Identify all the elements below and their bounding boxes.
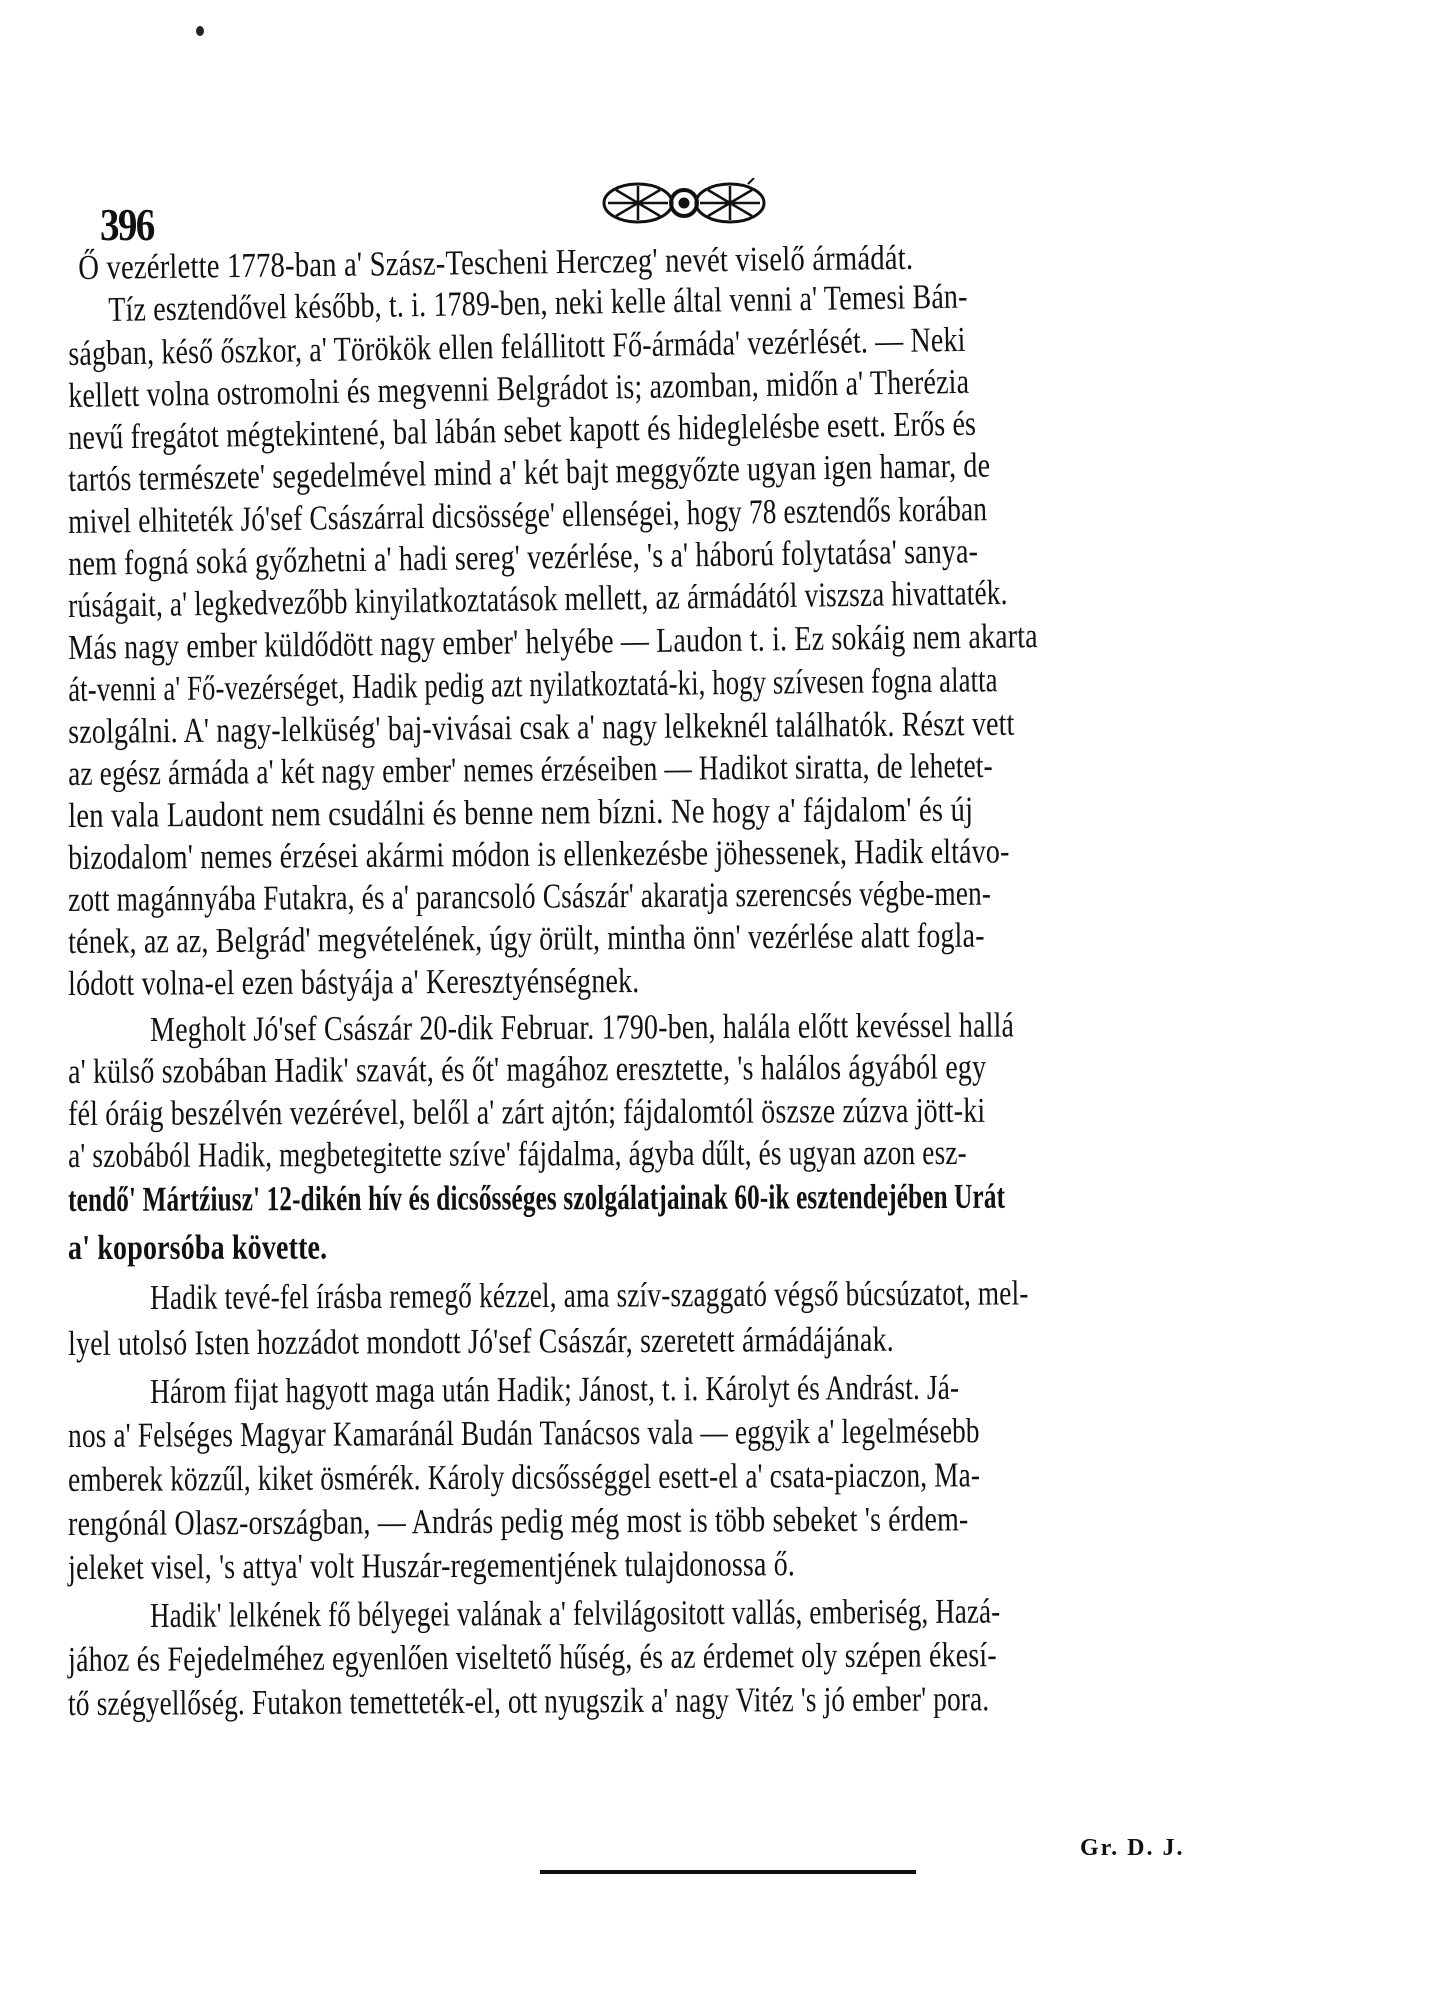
text-line: szolgálni. A' nagy-lelküség' baj-vivásai… xyxy=(68,704,1015,752)
text-line: jához és Fejedelméhez egyenlően viseltet… xyxy=(68,1635,997,1680)
floral-ornament-icon xyxy=(598,178,770,228)
text-line: lyel utolsó Isten hozzádot mondott Jó'se… xyxy=(68,1320,894,1364)
text-line: zott magánnyába Futakra, és a' parancsol… xyxy=(68,874,991,920)
text-line: fél óráig beszélvén vezérével, belől a' … xyxy=(68,1091,985,1134)
ink-speck xyxy=(196,26,204,36)
text-line: át-venni a' Fő-vezérséget, Hadik pedig a… xyxy=(68,660,998,710)
text-line: Megholt Jó'sef Császár 20-dik Februar. 1… xyxy=(150,1005,1014,1050)
text-line: tendő' Mártźiusz' 12-dikén hív és dicsős… xyxy=(68,1177,1005,1220)
text-line: Három fijat hagyott maga után Hadik; Ján… xyxy=(150,1368,959,1412)
text-line: a' koporsóba követte. xyxy=(68,1228,327,1268)
text-line: Hadik tevé-fel írásba remegő kézzel, ama… xyxy=(150,1273,1029,1318)
text-line: nos a' Felséges Magyar Kamaránál Budán T… xyxy=(68,1411,980,1456)
text-line: a' szobából Hadik, megbetegitette szíve'… xyxy=(68,1133,967,1176)
text-line: Hadik' lelkének fő bélyegei valának a' f… xyxy=(150,1592,1000,1636)
page-number: 396 xyxy=(100,198,154,251)
text-line: len vala Laudont nem csudálni és benne n… xyxy=(68,790,973,836)
section-divider xyxy=(540,1870,916,1874)
author-signature: Gr. D. J. xyxy=(1080,1835,1184,1862)
text-line: tő szégyellőség. Futakon temetteték-el, … xyxy=(68,1679,989,1724)
text-line: az egész ármáda a' két nagy ember' nemes… xyxy=(68,746,993,794)
text-line: tének, az az, Belgrád' megvételének, úgy… xyxy=(68,916,985,962)
text-line: rengónál Olasz-országban, — András pedig… xyxy=(68,1499,969,1544)
text-line: emberek közzűl, kiket ösmérék. Károly di… xyxy=(68,1455,980,1500)
book-page: 396 Ő vezérlette 1778-ban a' Szász-Tesch… xyxy=(0,0,1455,2000)
text-line: bizodalom' nemes érzései akármi módon is… xyxy=(68,831,1010,878)
text-line: jeleket visel, 's attya' volt Huszár-reg… xyxy=(68,1544,795,1588)
text-line: lódott volna-el ezen bástyája a' Kereszt… xyxy=(68,961,639,1004)
text-line: a' külső szobában Hadik' szavát, és őt' … xyxy=(68,1047,986,1092)
